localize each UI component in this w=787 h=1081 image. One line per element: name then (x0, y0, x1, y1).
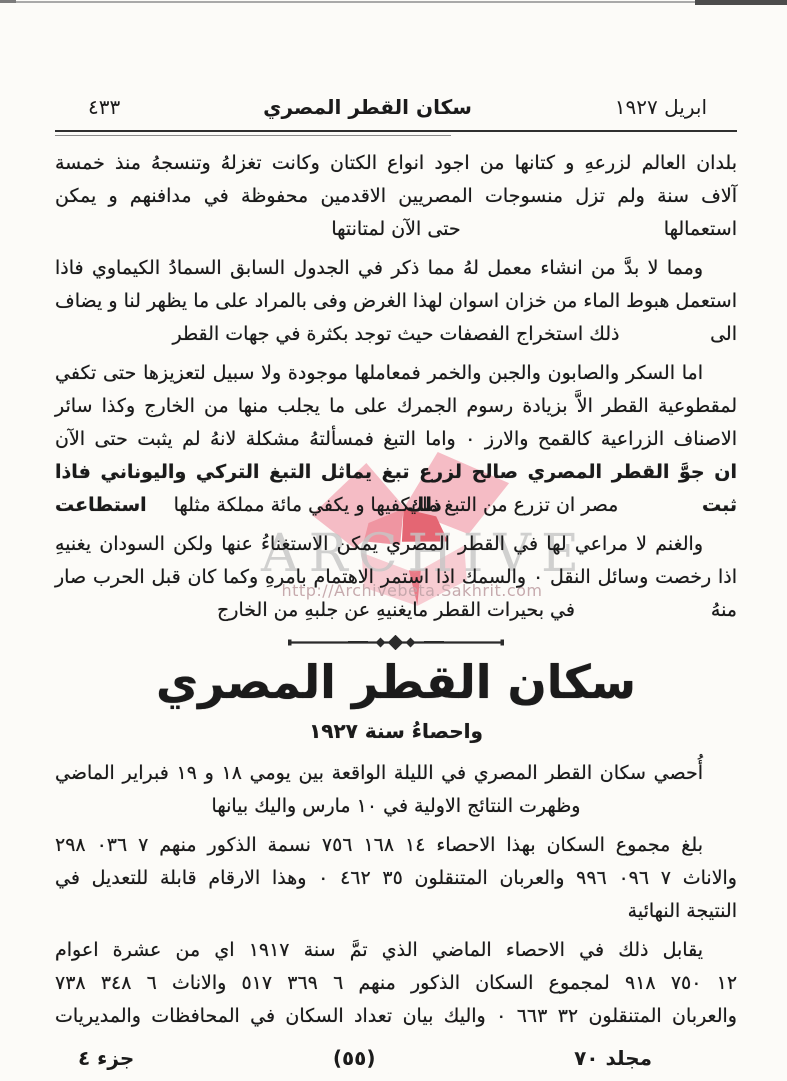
text-line: والاناث ⁦٧ ٠٩٦ ٩٩٦⁩ والعربان المتنقلون ⁦… (55, 862, 737, 895)
text-line: والعربان المتنقلون ⁦٣٢ ٦٦٣⁩ ٠ واليك بيان… (55, 1000, 737, 1033)
body-top: بلدان العالم لزرعهِ و كتانها من اجود انو… (55, 147, 737, 627)
text-line: استعمل هبوط الماء من خزان اسوان لهذا الغ… (55, 285, 737, 318)
text-line: حتى الآن لمتانتها (55, 213, 737, 246)
text-line: والغنم لا مراعي لها في القطر المصري يمكن… (55, 528, 737, 561)
text-line: بلدان العالم لزرعهِ و كتانها من اجود انو… (55, 147, 737, 180)
text-line: ومما لا بدَّ من انشاء معمل لهُ مما ذكر ف… (55, 252, 737, 285)
paragraph-fertilizer: ومما لا بدَّ من انشاء معمل لهُ مما ذكر ف… (55, 252, 737, 351)
paragraph-linen: بلدان العالم لزرعهِ و كتانها من اجود انو… (55, 147, 737, 246)
text-line: وظهرت النتائج الاولية في ١٠ مارس واليك ب… (55, 790, 737, 823)
text-line: لمقطوعية القطر الاَّ بزيادة رسوم الجمرك … (55, 390, 737, 423)
text-line: بلغ مجموع السكان بهذا الاحصاء ⁦١٤ ١٦٨ ٧٥… (55, 829, 737, 862)
paragraph-industries-tobacco: اما السكر والصابون والجبن والخمر فمعامله… (55, 357, 737, 522)
footer-page-number: (٥٥) (333, 1045, 376, 1071)
header-rule (55, 130, 737, 132)
running-header: ابريل ١٩٢٧ سكان القطر المصري ٤٣٣ (55, 92, 737, 122)
article-title: سكان القطر المصري (55, 651, 737, 713)
paragraph-census-1917: يقابل ذلك في الاحصاء الماضي الذي تمَّ سن… (55, 934, 737, 1033)
text-line: في بحيرات القطر مايغنيهِ عن جلبهِ من الخ… (55, 594, 737, 627)
header-date: ابريل ١٩٢٧ (615, 92, 707, 122)
text-line: آلاف سنة ولم تزل منسوجات المصريين الاقدم… (55, 180, 737, 213)
page-content: ابريل ١٩٢٧ سكان القطر المصري ٤٣٣ بلدان ا… (55, 0, 737, 1071)
paragraph-census-1927: بلغ مجموع السكان بهذا الاحصاء ⁦١٤ ١٦٨ ٧٥… (55, 829, 737, 928)
text-line: ذلك استخراج الفصفات حيث توجد بكثرة في جه… (55, 318, 737, 351)
text-line: الاصناف الزراعية كالقمح والارز ٠ واما ال… (55, 423, 737, 456)
body-bottom: أُحصي سكان القطر المصري في الليلة الواقع… (55, 757, 737, 1033)
text-line: اما السكر والصابون والجبن والخمر فمعامله… (55, 357, 737, 390)
text-line: ⁦١٢ ٧٥٠ ٩١٨⁩ لمجموع السكان الذكور منهم ⁦… (55, 967, 737, 1000)
text-line: أُحصي سكان القطر المصري في الليلة الواقع… (55, 757, 737, 790)
text-line: ان جوَّ القطر المصري صالح لزرع تبغ يماثل… (55, 456, 737, 489)
text-line: النتيجة النهائية (55, 895, 737, 928)
footer-volume: مجلد ٧٠ (574, 1045, 652, 1071)
header-page-number: ٤٣٣ (88, 92, 120, 122)
ornamental-divider (55, 635, 737, 651)
header-title: سكان القطر المصري (263, 92, 472, 122)
scanned-journal-page: ARCHIVE http://Archivebeta.Sakhrit.com ا… (0, 0, 787, 1081)
running-footer: مجلد ٧٠ (٥٥) جزء ٤ (55, 1045, 737, 1071)
article-subtitle: واحصاءُ سنة ١٩٢٧ (55, 713, 737, 749)
divider-ornament-icon (288, 635, 504, 650)
footer-part: جزء ٤ (78, 1045, 134, 1071)
text-line: اذا رخصت وسائل النقل ٠ والسمك اذا استمر … (55, 561, 737, 594)
paragraph-sheep-fish: والغنم لا مراعي لها في القطر المصري يمكن… (55, 528, 737, 627)
paragraph-census-intro: أُحصي سكان القطر المصري في الليلة الواقع… (55, 757, 737, 823)
text-line: يقابل ذلك في الاحصاء الماضي الذي تمَّ سن… (55, 934, 737, 967)
